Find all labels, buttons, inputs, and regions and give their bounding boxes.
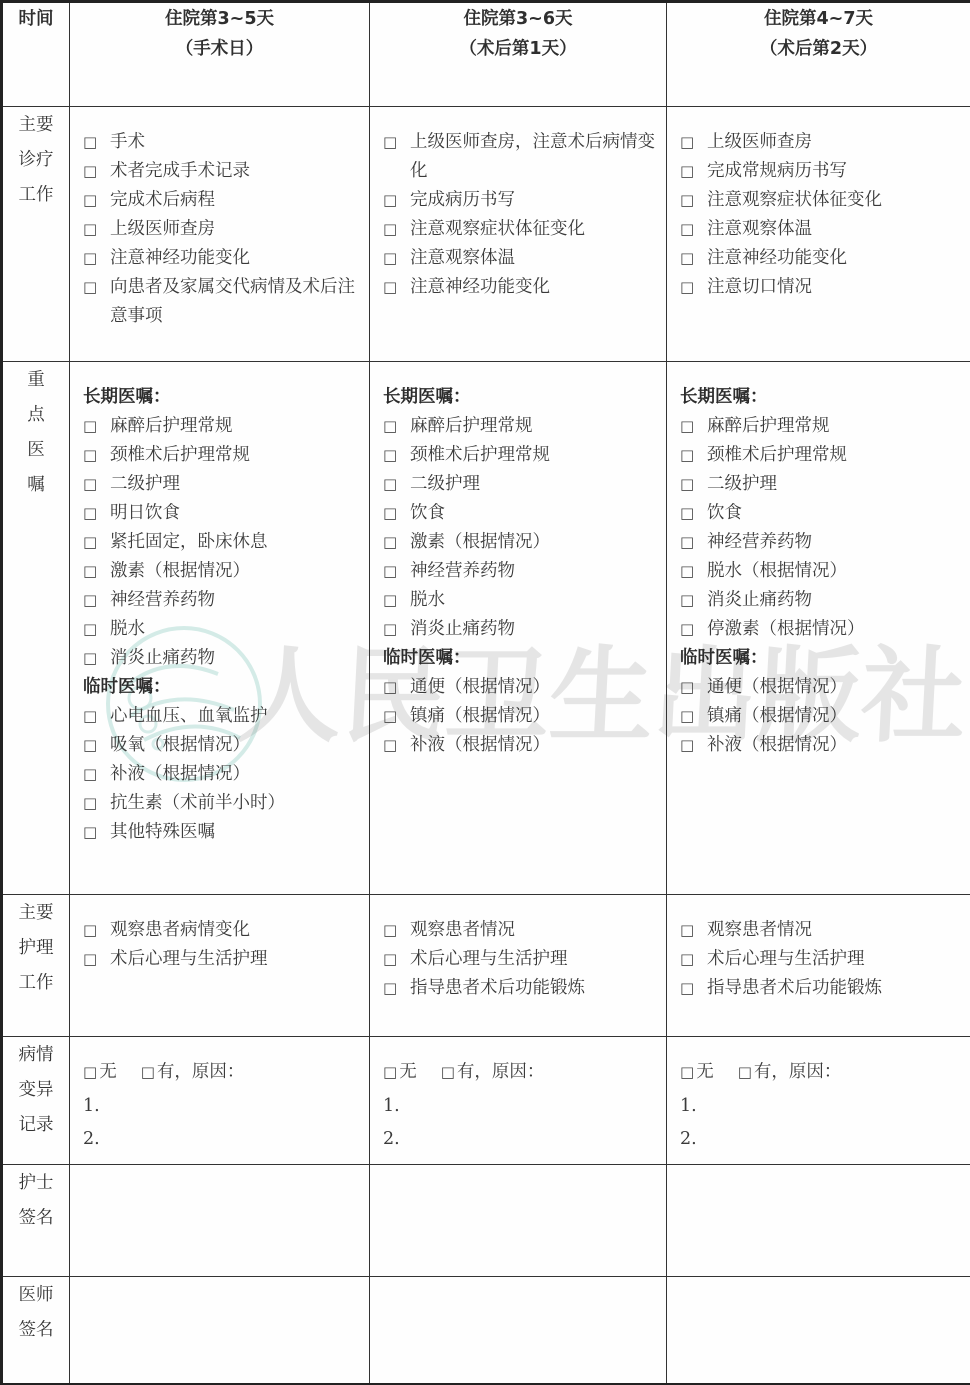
row-label-line: 工作 bbox=[4, 178, 68, 213]
checkbox-label: 消炎止痛药物 bbox=[410, 615, 515, 644]
checkbox-item: □观察患者情况 bbox=[383, 916, 656, 945]
checkbox-item: □脱水 bbox=[383, 586, 656, 615]
row-key-orders: 重点医嘱长期医嘱：□麻醉后护理常规□颈椎术后护理常规□二级护理□明日饮食□紧托固… bbox=[2, 362, 970, 895]
option-none-label: 无 bbox=[99, 1058, 117, 1087]
checkbox-icon: □ bbox=[383, 412, 410, 441]
checkbox-item: □上级医师查房 bbox=[83, 215, 359, 244]
checkbox-label: 上级医师查房，注意术后病情变化 bbox=[410, 128, 656, 186]
checkbox-icon: □ bbox=[383, 673, 410, 702]
checkbox-label: 注意神经功能变化 bbox=[110, 244, 250, 273]
checkbox-label: 注意观察体温 bbox=[707, 215, 812, 244]
checkbox-icon: □ bbox=[383, 916, 410, 945]
checkbox-icon: □ bbox=[83, 818, 110, 847]
option-none-label: 无 bbox=[696, 1058, 714, 1087]
cell-doctor-signature-day2 bbox=[370, 1277, 667, 1385]
checkbox-label: 脱水（根据情况） bbox=[707, 557, 847, 586]
checkbox-label: 术者完成手术记录 bbox=[110, 157, 250, 186]
checkbox-item: □补液（根据情况） bbox=[383, 731, 656, 760]
row-label-line: 诊疗 bbox=[4, 143, 68, 178]
checkbox-label: 麻醉后护理常规 bbox=[410, 412, 533, 441]
checkbox-icon: □ bbox=[83, 441, 110, 470]
row-nurse-signature: 护士签名 bbox=[2, 1165, 970, 1277]
checkbox-item: □上级医师查房 bbox=[680, 128, 960, 157]
checkbox-item: □脱水（根据情况） bbox=[680, 557, 960, 586]
checkbox-icon: □ bbox=[83, 215, 110, 244]
row-label-line: 病情 bbox=[4, 1038, 68, 1073]
checkbox-label: 饮食 bbox=[410, 499, 445, 528]
checkbox-label: 激素（根据情况） bbox=[110, 557, 250, 586]
checkbox-label: 二级护理 bbox=[110, 470, 180, 499]
cell-variation-record-day3: □无□有，原因：1.2. bbox=[667, 1037, 970, 1165]
checkbox-item: □明日饮食 bbox=[83, 499, 359, 528]
checkbox-item: □术后心理与生活护理 bbox=[680, 945, 960, 974]
checkbox-label: 颈椎术后护理常规 bbox=[410, 441, 550, 470]
cell-diagnosis-work-day3: □上级医师查房□完成常规病历书写□注意观察症状体征变化□注意观察体温□注意神经功… bbox=[667, 107, 970, 362]
checkbox-icon: □ bbox=[680, 186, 707, 215]
checkbox-icon: □ bbox=[680, 244, 707, 273]
numbered-line: 1. bbox=[83, 1090, 359, 1123]
checkbox-icon: □ bbox=[680, 731, 707, 760]
checkbox-icon: □ bbox=[680, 499, 707, 528]
checkbox-label: 麻醉后护理常规 bbox=[110, 412, 233, 441]
checkbox-icon: □ bbox=[83, 273, 110, 302]
checkbox-label: 神经营养药物 bbox=[110, 586, 215, 615]
checkbox-item: □神经营养药物 bbox=[383, 557, 656, 586]
checkbox-icon: □ bbox=[83, 470, 110, 499]
row-label-line: 变异 bbox=[4, 1073, 68, 1108]
checkbox-icon: □ bbox=[383, 186, 410, 215]
checkbox-item: □注意神经功能变化 bbox=[680, 244, 960, 273]
cell-nursing-work-day2: □观察患者情况□术后心理与生活护理□指导患者术后功能锻炼 bbox=[370, 895, 667, 1037]
checkbox-item: □颈椎术后护理常规 bbox=[383, 441, 656, 470]
row-label-line: 护理 bbox=[4, 931, 68, 966]
cell-nurse-signature-day1 bbox=[70, 1165, 370, 1277]
checkbox-label: 术后心理与生活护理 bbox=[110, 945, 268, 974]
checkbox-label: 消炎止痛药物 bbox=[707, 586, 812, 615]
checkbox-icon: □ bbox=[83, 615, 110, 644]
row-label-line: 签名 bbox=[4, 1313, 68, 1348]
checkbox-item: □颈椎术后护理常规 bbox=[680, 441, 960, 470]
checkbox-icon: □ bbox=[83, 412, 110, 441]
checkbox-item: □脱水 bbox=[83, 615, 359, 644]
option-yes-label: 有，原因： bbox=[754, 1058, 842, 1087]
row-label-line: 嘱 bbox=[4, 468, 68, 503]
cell-variation-record-day1: □无□有，原因：1.2. bbox=[70, 1037, 370, 1165]
row-label-line: 主要 bbox=[4, 108, 68, 143]
cell-doctor-signature-day3 bbox=[667, 1277, 970, 1385]
checkbox-label: 明日饮食 bbox=[110, 499, 180, 528]
checkbox-item: □观察患者情况 bbox=[680, 916, 960, 945]
cell-nursing-work-day1: □观察患者病情变化□术后心理与生活护理 bbox=[70, 895, 370, 1037]
checkbox-icon: □ bbox=[680, 470, 707, 499]
checkbox-icon: □ bbox=[383, 586, 410, 615]
checkbox-label: 完成病历书写 bbox=[410, 186, 515, 215]
checkbox-item: □麻醉后护理常规 bbox=[383, 412, 656, 441]
checkbox-icon: □ bbox=[383, 945, 410, 974]
checkbox-item: □神经营养药物 bbox=[83, 586, 359, 615]
checkbox-icon: □ bbox=[680, 702, 707, 731]
cell-nursing-work-day3: □观察患者情况□术后心理与生活护理□指导患者术后功能锻炼 bbox=[667, 895, 970, 1037]
checkbox-label: 上级医师查房 bbox=[707, 128, 812, 157]
checkbox-icon: □ bbox=[83, 1058, 97, 1087]
checkbox-icon: □ bbox=[680, 528, 707, 557]
checkbox-item: □补液（根据情况） bbox=[83, 760, 359, 789]
checkbox-label: 吸氧（根据情况） bbox=[110, 731, 250, 760]
checkbox-label: 二级护理 bbox=[410, 470, 480, 499]
row-label-line: 医师 bbox=[4, 1278, 68, 1313]
checkbox-icon: □ bbox=[680, 916, 707, 945]
row-label-line: 护士 bbox=[4, 1166, 68, 1201]
checkbox-icon: □ bbox=[83, 916, 110, 945]
checkbox-icon: □ bbox=[680, 412, 707, 441]
header-day-1-title: 住院第3~5天 bbox=[71, 4, 368, 34]
checkbox-item: □消炎止痛药物 bbox=[83, 644, 359, 673]
cell-diagnosis-work-day1: □手术□术者完成手术记录□完成术后病程□上级医师查房□注意神经功能变化□向患者及… bbox=[70, 107, 370, 362]
row-label-nurse-signature: 护士签名 bbox=[2, 1165, 70, 1277]
checkbox-label: 注意神经功能变化 bbox=[410, 273, 550, 302]
checkbox-icon: □ bbox=[83, 244, 110, 273]
checkbox-item: □颈椎术后护理常规 bbox=[83, 441, 359, 470]
checkbox-icon: □ bbox=[680, 1058, 694, 1087]
checkbox-item: □二级护理 bbox=[383, 470, 656, 499]
checkbox-icon: □ bbox=[383, 273, 410, 302]
checkbox-label: 完成常规病历书写 bbox=[707, 157, 847, 186]
checkbox-item: □麻醉后护理常规 bbox=[83, 412, 359, 441]
checkbox-item: □消炎止痛药物 bbox=[680, 586, 960, 615]
checkbox-item: □激素（根据情况） bbox=[83, 557, 359, 586]
checkbox-item: □抗生素（术前半小时） bbox=[83, 789, 359, 818]
checkbox-icon: □ bbox=[680, 974, 707, 1003]
checkbox-icon: □ bbox=[383, 702, 410, 731]
header-day-3-subtitle: （术后第2天） bbox=[668, 34, 969, 64]
checkbox-icon: □ bbox=[383, 499, 410, 528]
checkbox-label: 向患者及家属交代病情及术后注意事项 bbox=[110, 273, 359, 331]
checkbox-icon: □ bbox=[83, 789, 110, 818]
checkbox-label: 镇痛（根据情况） bbox=[410, 702, 550, 731]
header-day-3: 住院第4~7天 （术后第2天） bbox=[667, 2, 970, 107]
checkbox-label: 完成术后病程 bbox=[110, 186, 215, 215]
checkbox-label: 上级医师查房 bbox=[110, 215, 215, 244]
checkbox-item: □麻醉后护理常规 bbox=[680, 412, 960, 441]
checkbox-label: 紧托固定，卧床休息 bbox=[110, 528, 268, 557]
checkbox-icon: □ bbox=[680, 128, 707, 157]
checkbox-item: □其他特殊医嘱 bbox=[83, 818, 359, 847]
checkbox-label: 其他特殊医嘱 bbox=[110, 818, 215, 847]
row-label-key-orders: 重点医嘱 bbox=[2, 362, 70, 895]
checkbox-icon: □ bbox=[83, 186, 110, 215]
checkbox-label: 指导患者术后功能锻炼 bbox=[707, 974, 882, 1003]
cell-doctor-signature-day1 bbox=[70, 1277, 370, 1385]
option-none-label: 无 bbox=[399, 1058, 417, 1087]
checkbox-item: □紧托固定，卧床休息 bbox=[83, 528, 359, 557]
row-label-line: 工作 bbox=[4, 966, 68, 1001]
checkbox-icon: □ bbox=[680, 441, 707, 470]
row-label-diagnosis-work: 主要诊疗工作 bbox=[2, 107, 70, 362]
checkbox-item: □镇痛（根据情况） bbox=[383, 702, 656, 731]
checkbox-item: □二级护理 bbox=[680, 470, 960, 499]
cell-key-orders-day2: 长期医嘱：□麻醉后护理常规□颈椎术后护理常规□二级护理□饮食□激素（根据情况）□… bbox=[370, 362, 667, 895]
checkbox-label: 补液（根据情况） bbox=[110, 760, 250, 789]
checkbox-label: 补液（根据情况） bbox=[410, 731, 550, 760]
cell-diagnosis-work-day2: □上级医师查房，注意术后病情变化□完成病历书写□注意观察症状体征变化□注意观察体… bbox=[370, 107, 667, 362]
checkbox-label: 术后心理与生活护理 bbox=[410, 945, 568, 974]
checkbox-label: 手术 bbox=[110, 128, 145, 157]
checkbox-item: □指导患者术后功能锻炼 bbox=[680, 974, 960, 1003]
numbered-line: 1. bbox=[680, 1090, 960, 1123]
checkbox-icon: □ bbox=[680, 273, 707, 302]
row-label-variation-record: 病情变异记录 bbox=[2, 1037, 70, 1165]
checkbox-item: □观察患者病情变化 bbox=[83, 916, 359, 945]
header-day-3-title: 住院第4~7天 bbox=[668, 4, 969, 34]
checkbox-label: 麻醉后护理常规 bbox=[707, 412, 830, 441]
checkbox-icon: □ bbox=[680, 673, 707, 702]
checkbox-item: □向患者及家属交代病情及术后注意事项 bbox=[83, 273, 359, 331]
checkbox-label: 神经营养药物 bbox=[410, 557, 515, 586]
checkbox-icon: □ bbox=[83, 499, 110, 528]
row-label-nursing-work: 主要护理工作 bbox=[2, 895, 70, 1037]
header-day-1-subtitle: （手术日） bbox=[71, 34, 368, 64]
row-label-line: 医 bbox=[4, 433, 68, 468]
checkbox-item: □完成病历书写 bbox=[383, 186, 656, 215]
checkbox-label: 指导患者术后功能锻炼 bbox=[410, 974, 585, 1003]
checkbox-item: □术者完成手术记录 bbox=[83, 157, 359, 186]
checkbox-item: □注意观察体温 bbox=[680, 215, 960, 244]
checkbox-icon: □ bbox=[383, 615, 410, 644]
orders-section-heading: 临时医嘱： bbox=[680, 644, 960, 673]
checkbox-label: 脱水 bbox=[110, 615, 145, 644]
checkbox-icon: □ bbox=[383, 215, 410, 244]
checkbox-icon: □ bbox=[383, 1058, 397, 1087]
checkbox-icon: □ bbox=[83, 945, 110, 974]
checkbox-icon: □ bbox=[680, 615, 707, 644]
checkbox-label: 激素（根据情况） bbox=[410, 528, 550, 557]
row-label-line: 记录 bbox=[4, 1108, 68, 1143]
checkbox-label: 镇痛（根据情况） bbox=[707, 702, 847, 731]
numbered-line: 1. bbox=[383, 1090, 656, 1123]
checkbox-icon: □ bbox=[83, 644, 110, 673]
checkbox-label: 饮食 bbox=[707, 499, 742, 528]
checkbox-item: □指导患者术后功能锻炼 bbox=[383, 974, 656, 1003]
row-diagnosis-work: 主要诊疗工作□手术□术者完成手术记录□完成术后病程□上级医师查房□注意神经功能变… bbox=[2, 107, 970, 362]
checkbox-icon: □ bbox=[83, 157, 110, 186]
cell-key-orders-day1: 长期医嘱：□麻醉后护理常规□颈椎术后护理常规□二级护理□明日饮食□紧托固定，卧床… bbox=[70, 362, 370, 895]
numbered-line: 2. bbox=[383, 1123, 656, 1156]
checkbox-label: 观察患者情况 bbox=[410, 916, 515, 945]
orders-section-heading: 长期医嘱： bbox=[383, 383, 656, 412]
checkbox-icon: □ bbox=[383, 470, 410, 499]
cell-nurse-signature-day3 bbox=[667, 1165, 970, 1277]
orders-section-heading: 长期医嘱： bbox=[680, 383, 960, 412]
checkbox-label: 注意神经功能变化 bbox=[707, 244, 847, 273]
checkbox-icon: □ bbox=[383, 557, 410, 586]
checkbox-item: □通便（根据情况） bbox=[680, 673, 960, 702]
checkbox-label: 注意观察症状体征变化 bbox=[410, 215, 585, 244]
checkbox-label: 观察患者病情变化 bbox=[110, 916, 250, 945]
checkbox-label: 颈椎术后护理常规 bbox=[707, 441, 847, 470]
checkbox-item: □完成常规病历书写 bbox=[680, 157, 960, 186]
checkbox-icon: □ bbox=[680, 215, 707, 244]
checkbox-icon: □ bbox=[83, 128, 110, 157]
row-label-line: 主要 bbox=[4, 896, 68, 931]
cell-variation-record-day2: □无□有，原因：1.2. bbox=[370, 1037, 667, 1165]
cell-nurse-signature-day2 bbox=[370, 1165, 667, 1277]
checkbox-icon: □ bbox=[383, 974, 410, 1003]
checkbox-item: □停激素（根据情况） bbox=[680, 615, 960, 644]
checkbox-item: □术后心理与生活护理 bbox=[383, 945, 656, 974]
orders-section-heading: 临时医嘱： bbox=[83, 673, 359, 702]
checkbox-item: □注意神经功能变化 bbox=[83, 244, 359, 273]
checkbox-item: □注意观察症状体征变化 bbox=[383, 215, 656, 244]
checkbox-label: 二级护理 bbox=[707, 470, 777, 499]
checkbox-label: 心电血压、血氧监护 bbox=[110, 702, 268, 731]
variation-options: □无□有，原因： bbox=[680, 1058, 960, 1087]
checkbox-icon: □ bbox=[680, 945, 707, 974]
checkbox-label: 术后心理与生活护理 bbox=[707, 945, 865, 974]
header-day-2: 住院第3~6天 （术后第1天） bbox=[370, 2, 667, 107]
checkbox-label: 通便（根据情况） bbox=[410, 673, 550, 702]
checkbox-label: 脱水 bbox=[410, 586, 445, 615]
checkbox-label: 神经营养药物 bbox=[707, 528, 812, 557]
row-label-line: 点 bbox=[4, 398, 68, 433]
checkbox-item: □饮食 bbox=[383, 499, 656, 528]
checkbox-item: □吸氧（根据情况） bbox=[83, 731, 359, 760]
checkbox-icon: □ bbox=[383, 441, 410, 470]
checkbox-item: □术后心理与生活护理 bbox=[83, 945, 359, 974]
checkbox-label: 注意切口情况 bbox=[707, 273, 812, 302]
checkbox-item: □激素（根据情况） bbox=[383, 528, 656, 557]
option-yes-label: 有，原因： bbox=[457, 1058, 545, 1087]
checkbox-label: 观察患者情况 bbox=[707, 916, 812, 945]
checkbox-item: □饮食 bbox=[680, 499, 960, 528]
checkbox-icon: □ bbox=[83, 731, 110, 760]
checkbox-item: □镇痛（根据情况） bbox=[680, 702, 960, 731]
header-time: 时间 bbox=[2, 2, 70, 107]
variation-options: □无□有，原因： bbox=[83, 1058, 359, 1087]
checkbox-item: □手术 bbox=[83, 128, 359, 157]
row-doctor-signature: 医师签名 bbox=[2, 1277, 970, 1385]
checkbox-item: □注意切口情况 bbox=[680, 273, 960, 302]
checkbox-icon: □ bbox=[383, 244, 410, 273]
checkbox-icon: □ bbox=[680, 157, 707, 186]
checkbox-item: □注意观察体温 bbox=[383, 244, 656, 273]
checkbox-icon: □ bbox=[441, 1058, 455, 1087]
checkbox-icon: □ bbox=[680, 557, 707, 586]
checkbox-item: □心电血压、血氧监护 bbox=[83, 702, 359, 731]
checkbox-item: □补液（根据情况） bbox=[680, 731, 960, 760]
checkbox-item: □完成术后病程 bbox=[83, 186, 359, 215]
checkbox-item: □注意观察症状体征变化 bbox=[680, 186, 960, 215]
checkbox-item: □通便（根据情况） bbox=[383, 673, 656, 702]
row-label-doctor-signature: 医师签名 bbox=[2, 1277, 70, 1385]
checkbox-icon: □ bbox=[383, 528, 410, 557]
checkbox-icon: □ bbox=[83, 586, 110, 615]
checkbox-item: □上级医师查房，注意术后病情变化 bbox=[383, 128, 656, 186]
cell-key-orders-day3: 长期医嘱：□麻醉后护理常规□颈椎术后护理常规□二级护理□饮食□神经营养药物□脱水… bbox=[667, 362, 970, 895]
row-label-line: 重 bbox=[4, 363, 68, 398]
checkbox-label: 注意观察症状体征变化 bbox=[707, 186, 882, 215]
checkbox-item: □消炎止痛药物 bbox=[383, 615, 656, 644]
checkbox-icon: □ bbox=[83, 702, 110, 731]
option-yes-label: 有，原因： bbox=[157, 1058, 245, 1087]
orders-section-heading: 长期医嘱： bbox=[83, 383, 359, 412]
header-day-1: 住院第3~5天 （手术日） bbox=[70, 2, 370, 107]
clinical-pathway-page: 人民卫生出版社 时间 住院第3~5天 （手术日） 住院第3~6天 （术后第1天） bbox=[0, 0, 970, 1385]
checkbox-icon: □ bbox=[83, 528, 110, 557]
checkbox-item: □二级护理 bbox=[83, 470, 359, 499]
checkbox-item: □注意神经功能变化 bbox=[383, 273, 656, 302]
checkbox-icon: □ bbox=[738, 1058, 752, 1087]
checkbox-icon: □ bbox=[141, 1058, 155, 1087]
checkbox-label: 抗生素（术前半小时） bbox=[110, 789, 285, 818]
orders-section-heading: 临时医嘱： bbox=[383, 644, 656, 673]
variation-options: □无□有，原因： bbox=[383, 1058, 656, 1087]
checkbox-icon: □ bbox=[680, 586, 707, 615]
checkbox-label: 补液（根据情况） bbox=[707, 731, 847, 760]
checkbox-label: 停激素（根据情况） bbox=[707, 615, 865, 644]
checkbox-label: 注意观察体温 bbox=[410, 244, 515, 273]
header-day-2-subtitle: （术后第1天） bbox=[371, 34, 665, 64]
checkbox-icon: □ bbox=[383, 128, 410, 157]
checkbox-icon: □ bbox=[83, 557, 110, 586]
checkbox-label: 消炎止痛药物 bbox=[110, 644, 215, 673]
checkbox-icon: □ bbox=[383, 731, 410, 760]
row-label-line: 签名 bbox=[4, 1201, 68, 1236]
checkbox-item: □神经营养药物 bbox=[680, 528, 960, 557]
header-row: 时间 住院第3~5天 （手术日） 住院第3~6天 （术后第1天） 住院第4~7天… bbox=[2, 2, 970, 107]
checkbox-label: 通便（根据情况） bbox=[707, 673, 847, 702]
header-day-2-title: 住院第3~6天 bbox=[371, 4, 665, 34]
numbered-line: 2. bbox=[680, 1123, 960, 1156]
clinical-pathway-table: 时间 住院第3~5天 （手术日） 住院第3~6天 （术后第1天） 住院第4~7天… bbox=[0, 0, 970, 1385]
checkbox-icon: □ bbox=[83, 760, 110, 789]
numbered-line: 2. bbox=[83, 1123, 359, 1156]
row-nursing-work: 主要护理工作□观察患者病情变化□术后心理与生活护理□观察患者情况□术后心理与生活… bbox=[2, 895, 970, 1037]
row-variation-record: 病情变异记录□无□有，原因：1.2.□无□有，原因：1.2.□无□有，原因：1.… bbox=[2, 1037, 970, 1165]
checkbox-label: 颈椎术后护理常规 bbox=[110, 441, 250, 470]
